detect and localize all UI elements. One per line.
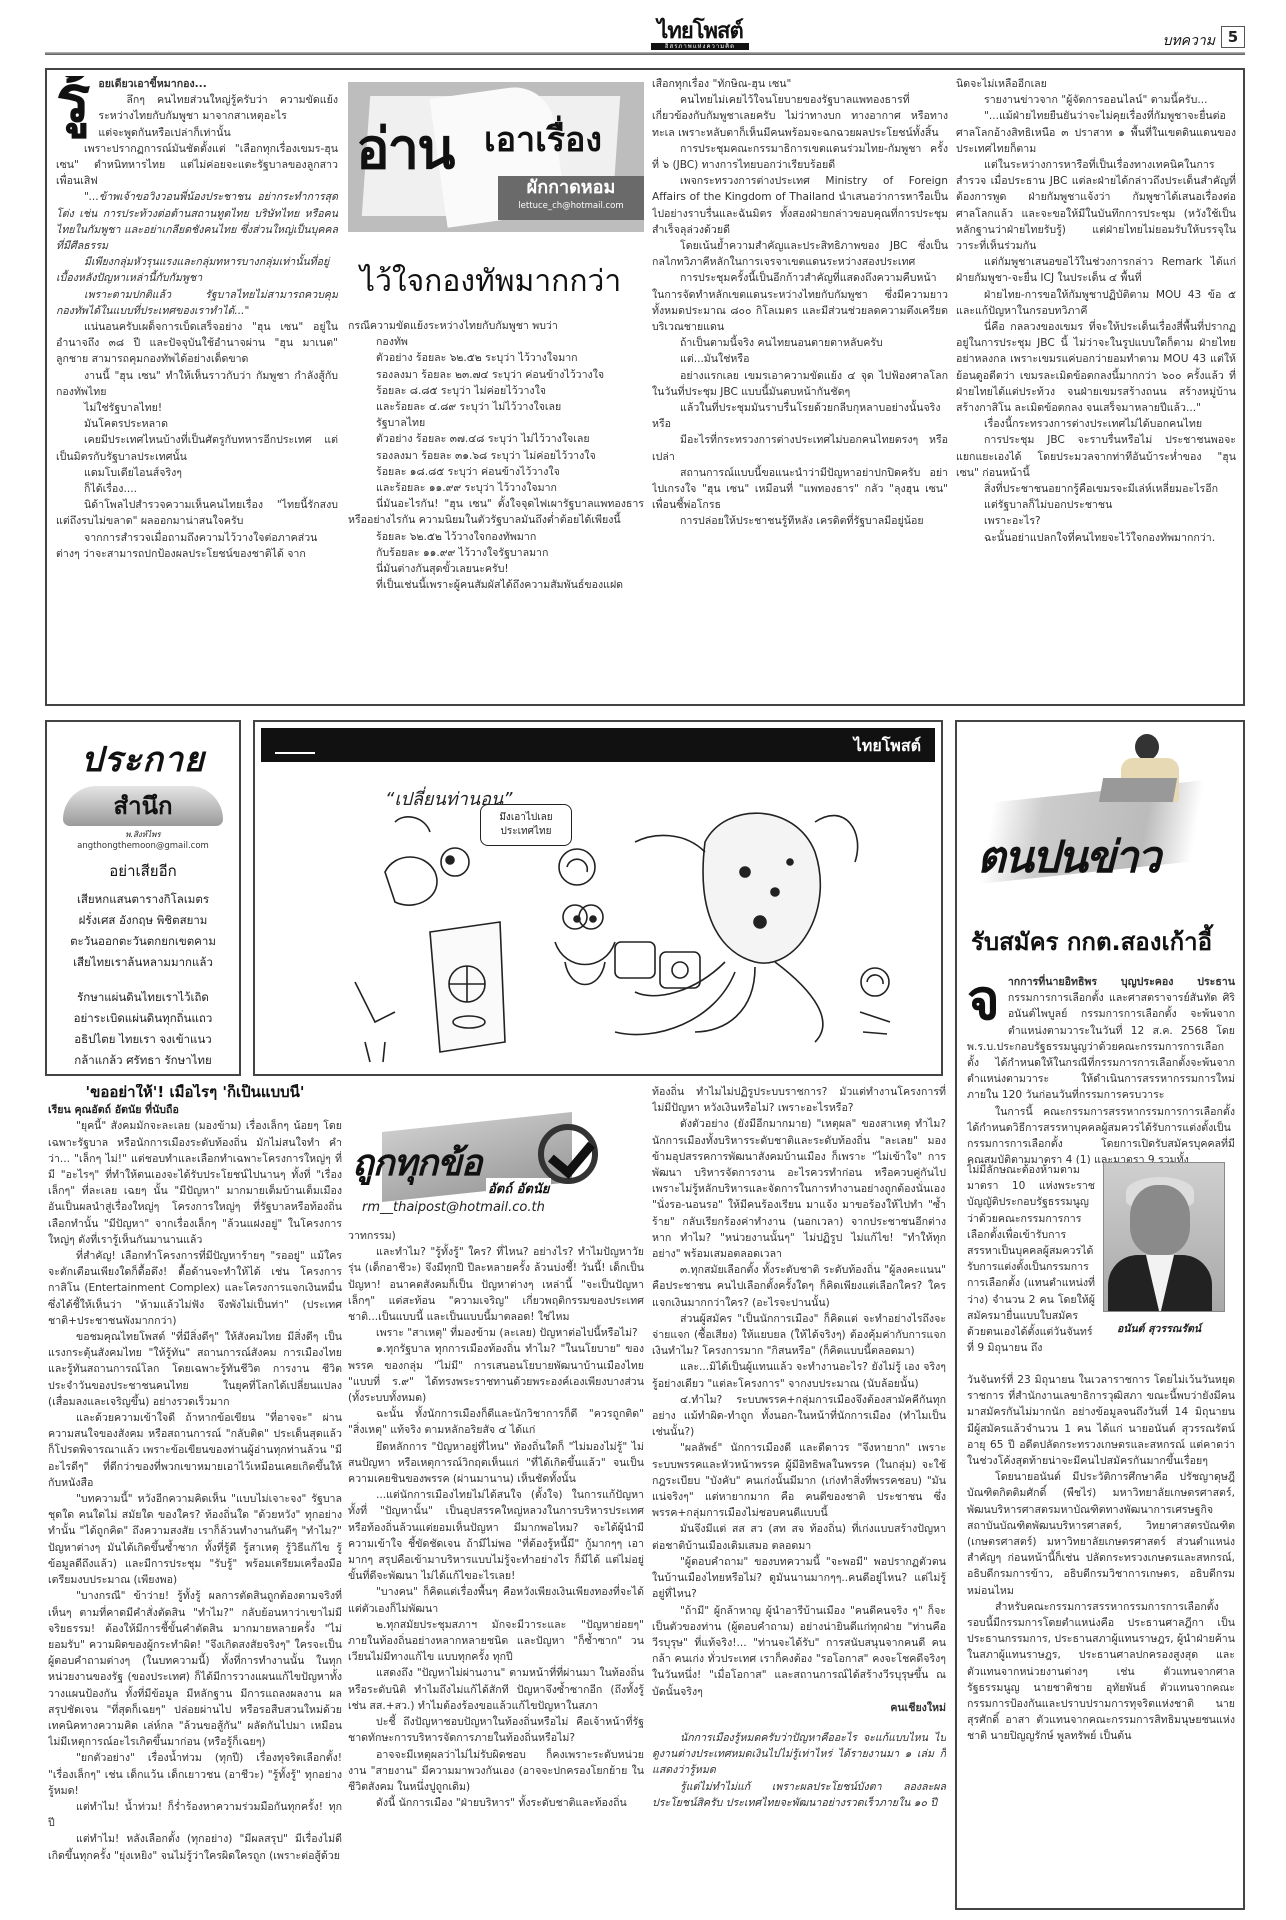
paragraph: ฉะนั้นอย่าแปลกใจที่คนไทยจะไว้ใจกองทัพมาก…: [956, 530, 1236, 546]
author-name: ผักกาดหอม: [498, 176, 644, 200]
letter-signature: คนเชียงใหม่: [652, 1700, 946, 1716]
paragraph: เรื่องนี้กระทรวงการต่างประเทศไม่ได้บอกคน…: [956, 416, 1236, 432]
paragraph: นี่มันต่างกันสุดขั้วเลยนะครับ!: [348, 561, 644, 577]
paragraph: อย่างแรกเลย เขมรเอาความขัดแย้ง ๔ จุด ไปฟ…: [652, 368, 948, 400]
right-column-text: จ ากการที่นายอิทธิพร บุญประคอง ประธาน กร…: [967, 974, 1235, 1164]
paragraph: เสือกทุกเรื่อง "ทักษิณ-ฮุน เซน": [652, 76, 948, 92]
masthead-rule: [45, 52, 1245, 55]
right-column-box: ตนปนข่าว รับสมัคร กกต.สองเก้าอี้ จ ากการ…: [955, 720, 1245, 1910]
paragraph: ตัวอย่าง ร้อยละ ๓๗.๔๘ ระบุว่า ไม่ไว้วางใ…: [348, 431, 644, 447]
paragraph: รองลงมา ร้อยละ ๓๑.๖๘ ระบุว่า ไม่ค่อยไว้ว…: [348, 448, 644, 464]
paragraph: อยเดียวเอาขี้หมากอง...: [56, 76, 338, 92]
paragraph: แต่กัมพูชาเสนอขอไว้ในช่วงการกล่าว Remark…: [956, 254, 1236, 286]
paragraph: นิดจะไม่เหลืออีกเลย: [956, 76, 1236, 92]
para-4: สำหรับคณะกรรมการสรรหากรรมการการเลือกตั้ง…: [967, 1599, 1235, 1745]
paragraph: การปล่อยให้ประชาชนรู้ทีหลัง เครดิตที่รัฐ…: [652, 513, 948, 529]
paragraph: แดมโบเดียไอนส์จริงๆ: [56, 465, 338, 481]
paragraph: ๑.ทุกรัฐบาล ทุกการเมืองท้องถิ่น ทำไม? "ใ…: [348, 1341, 644, 1406]
paragraph: ปะชี้ ถึงปัญหาชอบปัญหาในท้องถิ่นหรือไม่ …: [348, 1714, 644, 1746]
poem-line: อย่าระเบิดแผ่นดินทุกถิ่นแถว: [47, 1008, 239, 1029]
paragraph: นี่มันอะไรกัน! "ฮุน เซน" ตั้งใจจุดไฟเผาร…: [348, 496, 644, 528]
lead-bold: ากการที่นายอิทธิพร บุญประคอง ประธาน: [1008, 976, 1235, 988]
paragraph: วาทกรรม): [348, 1228, 644, 1244]
paragraph: งานนี้ "ฮุน เซน" ทำให้เห็นราวกับว่า กัมพ…: [56, 368, 338, 400]
right-headline: รับสมัคร กกต.สองเก้าอี้: [971, 922, 1212, 961]
column-banner-an-ao-rueang: อ่าน เอาเรื่อง ผักกาดหอม lettuce_ch@hotm…: [348, 82, 644, 232]
poem-line: อธิปไตย ไทยเรา จงเข้าแนว: [47, 1029, 239, 1050]
paragraph: เพราะอะไร?: [956, 513, 1236, 529]
paragraph: มีเพียงกลุ่มหัวรุนแรงและกลุ่มทหารบางกลุ่…: [56, 254, 338, 286]
poem-line: รักษาแผ่นดินไทยเราไว้เถิด: [47, 987, 239, 1008]
paragraph: การประชุมคณะกรรมาธิการเขตแดนร่วมไทย-กัมพ…: [652, 141, 948, 173]
paragraph: การประชุม JBC จะราบรื่นหรือไม่ ประชาชนพอ…: [956, 432, 1236, 481]
right-column-lower-text: วันจันทร์ที่ 23 มิถุนายน ในเวลาราชการ โด…: [967, 1372, 1235, 1904]
poem-author: พ.สิงห์ไพร: [47, 828, 239, 841]
top-headline: ไว้ใจกองทัพมากกว่า: [360, 258, 621, 305]
paragraph: สถานการณ์แบบนี้ขอแนะนำว่ามีปัญหาอย่าปกปิ…: [652, 465, 948, 514]
banner-title-big: อ่าน: [356, 104, 453, 193]
reader-head: [1135, 734, 1159, 760]
paragraph: และร้อยละ ๔.๘๙ ระบุว่า ไม่ไว้วางใจเลย: [348, 399, 644, 415]
paragraph: "บทความนี้" หวังอีกความคิดเห็น "แบบไม่เจ…: [48, 1491, 342, 1588]
logo-tagline: อิสรภาพแห่งความคิด: [651, 43, 749, 50]
paragraph: มีอะไรที่กระทรวงการต่างประเทศไม่บอกคนไทย…: [652, 432, 948, 464]
cartoon-illustration: [255, 722, 945, 1078]
paragraph: ท้องถิ่น ทำไมไม่ปฏิรูประบบราชการ? มัวแต่…: [652, 1084, 946, 1116]
paragraph: อาจจะมีเหตุผลว่าไม่ไม่รับผิดชอบ ก็คงเพรา…: [348, 1747, 644, 1796]
newspaper-logo: ไทยโพสต์ อิสรภาพแห่งความคิด: [645, 22, 755, 52]
poem-box: ประกาย สำนึก พ.สิงห์ไพร angthongthemoon@…: [45, 720, 241, 1076]
paragraph: "...ข้าพเจ้าขอวิงวอนพี่น้องประชาชน อย่าก…: [56, 189, 338, 254]
letter-column-2: วาทกรรม)และทำไม? "รู้ทั้งรู้" ใคร? ที่ไห…: [348, 1228, 644, 1914]
paragraph: เคยมีประเทศไหนบ้างที่เป็นศัตรูกับทหารอีก…: [56, 432, 338, 464]
paragraph: "บางกรณี" ข้าว่าย! รู้ทั้งรู้ ผลการตัดสิ…: [48, 1588, 342, 1750]
paragraph: ตัวอย่าง ร้อยละ ๖๒.๕๒ ระบุว่า ไว้วางใจมา…: [348, 350, 644, 366]
paragraph: รายงานข่าวจาก "ผู้จัดการออนไลน์" ตามนี้ค…: [956, 92, 1236, 108]
top-article-column-4: นิดจะไม่เหลืออีกเลยรายงานข่าวจาก "ผู้จัด…: [956, 76, 1236, 698]
paragraph: แต่จะพูดกันหรือเปล่าก็เท่านั้น: [56, 125, 338, 141]
reader-newspaper: [1099, 778, 1177, 802]
author-bar: ผักกาดหอม lettuce_ch@hotmail.com: [498, 176, 644, 220]
paragraph: นี่คือ กลลวงของเขมร ที่จะให้ประเด็นเรื่อ…: [956, 319, 1236, 416]
cartoon-box: ไทยโพสต์ “เปลี่ยนท่านอน” มึงเอาไปเลย ประ…: [253, 720, 943, 1076]
paragraph: และทำไม? "รู้ทั้งรู้" ใคร? ที่ไหน? อย่าง…: [348, 1244, 644, 1325]
reader-illustration: [1107, 734, 1187, 814]
paragraph: "...แม้ฝ่ายไทยยืนยันว่าจะไม่คุยเรื่องที่…: [956, 108, 1236, 157]
poem-line: เสียหกแสนตารางกิโลเมตร: [47, 889, 239, 910]
paragraph: ก็ได้เรื่อง....: [56, 481, 338, 497]
letter-column-1: 'ขออย่าให้'! เมื่อไรๆ 'ก็เป็นแบบนี้' เรี…: [48, 1084, 342, 1914]
paragraph: ไม่ใช่รัฐบาลไทย!: [56, 400, 338, 416]
paragraph: แสดงถึง "ปัญหาไม่ผ่านงาน" ตามหน้าที่ที่ผ…: [348, 1665, 644, 1714]
paragraph: ๓.ทุกสมัยเลือกตั้ง ทั้งระดับชาติ ระดับท้…: [652, 1262, 946, 1311]
paragraph: ฉะนั้น ทั้งนักการเมืองก็ดีและนักวิชาการก…: [348, 1406, 644, 1438]
poem-line: เสียไทยเราล้นหลามมากแล้ว: [47, 952, 239, 973]
paragraph: กรณีความขัดแย้งระหว่างไทยกับกัมพูชา พบว่…: [348, 318, 644, 334]
column-banner-tuk-tuk-kho: ถูกทุกข้อ อัตถ์ อัตนัย rm__thaipost@hotm…: [352, 1112, 632, 1212]
paragraph: โดยเน้นย้ำความสำคัญและประสิทธิภาพของ JBC…: [652, 238, 948, 270]
top-article-column-2: กรณีความขัดแย้งระหว่างไทยกับกัมพูชา พบว่…: [348, 318, 644, 698]
poem-line: ตะวันออกตะวันตกยกเขตคาม: [47, 931, 239, 952]
column-text: เสือกทุกเรื่อง "ทักษิณ-ฮุน เซน"คนไทยไม่เ…: [652, 76, 948, 530]
paragraph: และร้อยละ ๑๑.๙๙ ระบุว่า ไว้วางใจมาก: [348, 480, 644, 496]
logo-text: ไทยโพสต์: [645, 22, 755, 42]
dropcap: จ: [967, 976, 1000, 1026]
paragraph: "ผู้ตอบคำถาม" ของบทความนี้ "จะพอมี" พอปร…: [652, 1554, 946, 1603]
paragraph: แต่ในระหว่างการหารือที่เป็นเรื่องทางเทคน…: [956, 157, 1236, 254]
paragraph: แต่รัฐบาลก็ไม่บอกประชาชน: [956, 497, 1236, 513]
paragraph: และ...มิได้เป็นผู้แทนแล้ว จะทำงานอะไร? ย…: [652, 1359, 946, 1391]
banner-author: อัตถ์ อัตนัย: [486, 1178, 551, 1199]
poem-stanza-1: เสียหกแสนตารางกิโลเมตร ฝรั่งเศส อังกฤษ พ…: [47, 889, 239, 973]
paragraph: กับร้อยละ ๑๑.๙๙ ไว้วางใจรัฐบาลมาก: [348, 545, 644, 561]
candidate-photo: [1103, 1162, 1225, 1312]
poem-line: กล้าแกล้ว ศรัทธา รักษาไทย: [47, 1050, 239, 1071]
para-1: กรรมการการเลือกตั้ง และศาสตราจารย์สันทัด…: [967, 992, 1235, 1101]
paragraph: สิ่งที่ประชาชนอยากรู้คือเขมรจะมีเล่ห์เหล…: [956, 481, 1236, 497]
paragraph: ที่สำคัญ! เลือกทำโครงการที่มีปัญหาร้ายๆ …: [48, 1248, 342, 1329]
para-2: ในการนี้ คณะกรรมการสรรหากรรมการการเลือกต…: [967, 1104, 1235, 1164]
paragraph: ...แต่นักการเมืองไทยไม่ได้สนใจ (ตั้งใจ) …: [348, 1487, 644, 1584]
poem-stanza-2: รักษาแผ่นดินไทยเราไว้เถิด อย่าระเบิดแผ่น…: [47, 987, 239, 1071]
paragraph: การประชุมครั้งนี้เป็นอีกก้าวสำคัญที่แสดง…: [652, 270, 948, 335]
paragraph: "ถ้ามี" ผู้กล้าหาญ ผู้นำอารีบ้านเมือง "ค…: [652, 1603, 946, 1700]
poem-title: อย่าเสียอีก: [47, 859, 239, 883]
paragraph: ส่วนผู้สมัคร "เป็นนักการเมือง" ก็คิดแต่ …: [652, 1311, 946, 1360]
paragraph: มันโคตรประหลาด: [56, 416, 338, 432]
paragraph: ร้อยละ ๘.๘๕ ระบุว่า ไม่ค่อยไว้วางใจ: [348, 383, 644, 399]
banner-title: ถูกทุกข้อ: [352, 1134, 481, 1191]
paragraph: แต่...มันใช่หรือ: [652, 351, 948, 367]
paragraph: ฝ่ายไทย-การขอให้กัมพูชาปฏิบัติตาม MOU 43…: [956, 287, 1236, 319]
letter-title: 'ขออย่าให้'! เมื่อไรๆ 'ก็เป็นแบบนี้': [48, 1084, 342, 1100]
para-2-cont: วันจันทร์ที่ 23 มิถุนายน ในเวลาราชการ โด…: [967, 1372, 1235, 1469]
poem-column-title: ประกาย: [47, 732, 239, 786]
paragraph: ลึกๆ คนไทยส่วนใหญ่รู้ครับว่า ความขัดแย้ง…: [56, 92, 338, 124]
author-email[interactable]: lettuce_ch@hotmail.com: [498, 200, 644, 212]
paragraph: ถ้าเป็นตามนี้จริง คนไทยนอนตายตาหลับครับ: [652, 335, 948, 351]
paragraph: ดังนี้ นักการเมือง "ฝ่ายบริหาร" ทั้งระดั…: [348, 1795, 644, 1811]
paragraph: และด้วยความเข้าใจดี ถ้าหากข้อเขียน "ที่อ…: [48, 1410, 342, 1491]
banner-title-small: เอาเรื่อง: [484, 112, 602, 166]
paragraph: "ยุคนี้" สังคมมักจะละเลย (มองข้าม) เรื่อ…: [48, 1118, 342, 1248]
column-logo: ตนปนข่าว: [977, 822, 1159, 892]
paragraph: ยึดหลักการ "ปัญหาอยู่ที่ไหน" ท้องถิ่นใดก…: [348, 1439, 644, 1488]
checkmark-icon: [538, 1124, 598, 1184]
banner-email[interactable]: rm__thaipost@hotmail.co.th: [362, 1200, 545, 1215]
paragraph: มันจึงมีแต่ สส สว (สท สจ ท้องถิ่น) ที่เก…: [652, 1521, 946, 1553]
photo-face: [1130, 1185, 1190, 1255]
paragraph: เพราะตามปกติแล้ว รัฐบาลไทยไม่สามารถควบคุ…: [56, 287, 338, 319]
paragraph: นิด้าโพลไปสำรวจความเห็นคนไทยเรื่อง "ไทยน…: [56, 497, 338, 529]
para-3: โดยนายอนันต์ มีประวัติการศึกษาคือ ปรัชญา…: [967, 1469, 1235, 1599]
paragraph: แน่นอนครับเผด็จการเบ็ดเสร็จอย่าง "ฮุน เซ…: [56, 319, 338, 368]
paragraph: รองลงมา ร้อยละ ๒๓.๗๔ ระบุว่า ค่อนข้างไว้…: [348, 367, 644, 383]
paragraph: ร้อยละ ๑๘.๘๕ ระบุว่า ค่อนข้างไว้วางใจ: [348, 464, 644, 480]
section-name: บทความ: [1163, 30, 1215, 52]
dropcap: รู้: [56, 76, 90, 128]
paragraph: เพราะปรากฏการณ์มันชัดตั้งแต่ "เลือกทุกเร…: [56, 141, 338, 190]
para-2-wrap: ไม่มีลักษณะต้องห้ามตามมาตรา 10 แห่งพระรา…: [967, 1162, 1095, 1356]
masthead: ไทยโพสต์ อิสรภาพแห่งความคิด บทความ 5: [45, 0, 1245, 56]
column-text: กรณีความขัดแย้งระหว่างไทยกับกัมพูชา พบว่…: [348, 318, 644, 593]
paragraph: "ผลลัพธ์" นักการเมืองดี และดีดาวร "จึงหา…: [652, 1440, 946, 1521]
paragraph: แต่ทำไม! หลังเลือกตั้ง (ทุกอย่าง) "มีผลส…: [48, 1831, 342, 1863]
editor-note-2: รู้แต่ไม่ทำไม่แก้ เพราะผลประโยชน์บังตา ล…: [652, 1779, 946, 1811]
paragraph: กองทัพ: [348, 334, 644, 350]
poem-column-ribbon: สำนึก: [63, 786, 223, 826]
editor-note-1: นักการเมืองรู้หมดครับว่าปัญหาคืออะไร จะแ…: [652, 1730, 946, 1779]
paragraph: ร้อยละ ๖๒.๕๒ ไว้วางใจกองทัพมาก: [348, 529, 644, 545]
paragraph: ดังตัวอย่าง (ยังมีอีกมากมาย) "เหตุผล" ขอ…: [652, 1116, 946, 1262]
column-text: วาทกรรม)และทำไม? "รู้ทั้งรู้" ใคร? ที่ไห…: [348, 1228, 644, 1811]
paragraph: "บางคน" ก็คิดแต่เรื่องพื้นๆ คือหวังเพียง…: [348, 1584, 644, 1616]
paragraph: เพราะ "สาเหตุ" ที่มองข้าม (ละเลย) ปัญหาต…: [348, 1325, 644, 1341]
paragraph: เพจกระทรวงการต่างประเทศ Ministry of Fore…: [652, 173, 948, 238]
paragraph: ที่เป็นเช่นนี้เพราะผู้คนสัมผัสได้ถึงความ…: [348, 577, 644, 593]
poem-line: ฝรั่งเศส อังกฤษ พิชิตสยาม: [47, 910, 239, 931]
right-column-wrap-text: ไม่มีลักษณะต้องห้ามตามมาตรา 10 แห่งพระรา…: [967, 1162, 1095, 1372]
column-text: "ยุคนี้" สังคมมักจะละเลย (มองข้าม) เรื่อ…: [48, 1118, 342, 1863]
paragraph: "ยกตัวอย่าง" เรื่องน้ำท่วม (ทุกปี) เรื่อ…: [48, 1750, 342, 1799]
paragraph: ขอชมคุณไทยโพสต์ "ที่มีสิ่งดีๆ" ให้สังคมไ…: [48, 1329, 342, 1410]
column-text: อยเดียวเอาขี้หมากอง...ลึกๆ คนไทยส่วนใหญ่…: [56, 76, 338, 562]
letter-salutation: เรียน คุณอัตถ์ อัตนัย ที่นับถือ: [48, 1102, 342, 1118]
top-article-column-1: รู้ อยเดียวเอาขี้หมากอง...ลึกๆ คนไทยส่วน…: [56, 76, 338, 698]
paragraph: ๒.ทุกสมัยประชุมสภาฯ มักจะมีวาระและ "ปัญห…: [348, 1617, 644, 1666]
poem-email[interactable]: angthongthemoon@gmail.com: [47, 841, 239, 851]
top-article-column-3: เสือกทุกเรื่อง "ทักษิณ-ฮุน เซน"คนไทยไม่เ…: [652, 76, 948, 698]
photo-caption: อนันต์ สุวรรณรัตน์: [1117, 1320, 1201, 1337]
column-text: ท้องถิ่น ทำไมไม่ปฏิรูประบบราชการ? มัวแต่…: [652, 1084, 946, 1700]
letter-column-3: ท้องถิ่น ทำไมไม่ปฏิรูประบบราชการ? มัวแต่…: [652, 1084, 946, 1914]
paragraph: จากการสำรวจเมื่อถามถึงความไว้วางใจต่อภาค…: [56, 530, 338, 562]
paragraph: แล้วในที่ประชุมมันราบรื่นโรยด้วยกลีบกุหล…: [652, 400, 948, 432]
paragraph: รัฐบาลไทย: [348, 415, 644, 431]
paragraph: แต่ทำไม! น้ำท่วม! ก็ร่ำร้องหาความร่วมมือ…: [48, 1799, 342, 1831]
paragraph: ๔.ทำไม? ระบบพรรค+กลุ่มการเมืองจึงต้องสาม…: [652, 1392, 946, 1441]
paragraph: คนไทยไม่เคยไว้ใจนโยบายของรัฐบาลแพทองธารท…: [652, 92, 948, 141]
column-text: นิดจะไม่เหลืออีกเลยรายงานข่าวจาก "ผู้จัด…: [956, 76, 1236, 546]
page-number: 5: [1221, 26, 1245, 48]
